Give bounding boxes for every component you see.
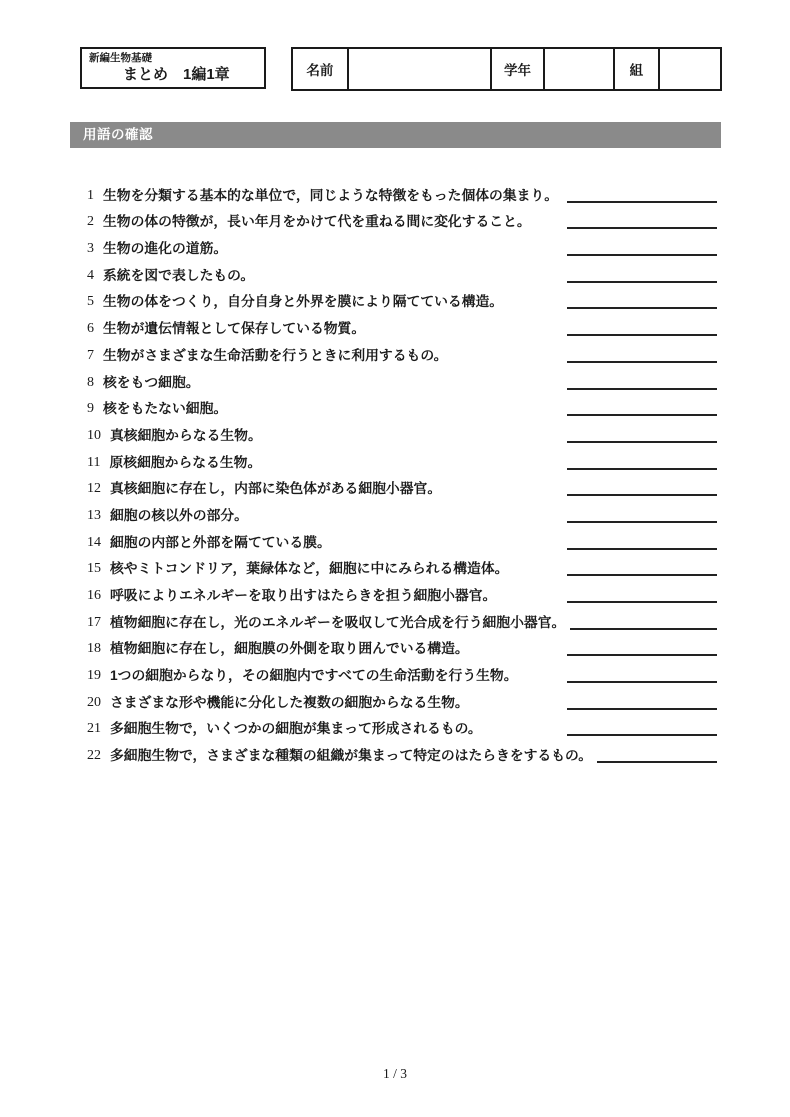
term-number: 20 bbox=[87, 693, 101, 712]
answer-blank-line[interactable] bbox=[567, 281, 717, 283]
term-row: 10 真核細胞からなる生物。 bbox=[87, 418, 717, 445]
term-text: 生物の進化の道筋。 bbox=[103, 239, 227, 258]
page-indicator: 1 / 3 bbox=[0, 1066, 790, 1082]
term-text: さまざまな形や機能に分化した複数の細胞からなる生物。 bbox=[110, 693, 469, 712]
answer-blank-line[interactable] bbox=[567, 494, 717, 496]
term-row: 20 さまざまな形や機能に分化した複数の細胞からなる生物。 bbox=[87, 685, 717, 712]
answer-blank-line[interactable] bbox=[567, 254, 717, 256]
section-banner: 用語の確認 bbox=[70, 122, 721, 148]
term-row: 19 1つの細胞からなり，その細胞内ですべての生命活動を行う生物。 bbox=[87, 658, 717, 685]
term-row: 11 原核細胞からなる生物。 bbox=[87, 445, 717, 472]
term-number: 18 bbox=[87, 639, 101, 658]
term-row: 18 植物細胞に存在し，細胞膜の外側を取り囲んでいる構造。 bbox=[87, 632, 717, 659]
term-number: 21 bbox=[87, 719, 101, 738]
answer-blank-line[interactable] bbox=[570, 628, 717, 630]
worksheet-title: まとめ 1編1章 bbox=[89, 65, 257, 84]
name-table-row: 名前 学年 組 bbox=[292, 48, 721, 90]
term-number: 13 bbox=[87, 506, 101, 525]
term-text: 生物が遺伝情報として保存している物質。 bbox=[103, 319, 365, 338]
term-text: 核をもたない細胞。 bbox=[103, 399, 227, 418]
term-text: 核をもつ細胞。 bbox=[103, 373, 200, 392]
answer-blank-line[interactable] bbox=[597, 761, 717, 763]
term-row: 17 植物細胞に存在し，光のエネルギーを吸収して光合成を行う細胞小器官。 bbox=[87, 605, 717, 632]
class-label: 組 bbox=[614, 48, 660, 90]
term-number: 19 bbox=[87, 666, 101, 685]
term-row: 2 生物の体の特徴が，長い年月をかけて代を重ねる間に変化すること。 bbox=[87, 205, 717, 232]
grade-input-cell[interactable] bbox=[544, 48, 614, 90]
class-input-cell[interactable] bbox=[659, 48, 721, 90]
term-number: 22 bbox=[87, 746, 101, 765]
term-number: 8 bbox=[87, 373, 94, 392]
worksheet-page: 新編生物基礎 まとめ 1編1章 名前 学年 組 用語の確認 1 生物を分類する基… bbox=[0, 0, 790, 1117]
term-text: 真核細胞からなる生物。 bbox=[110, 426, 262, 445]
term-number: 9 bbox=[87, 399, 94, 418]
term-text: 植物細胞に存在し，光のエネルギーを吸収して光合成を行う細胞小器官。 bbox=[110, 613, 565, 632]
term-number: 15 bbox=[87, 559, 101, 578]
term-row: 14 細胞の内部と外部を隔てている膜。 bbox=[87, 525, 717, 552]
term-row: 15 核やミトコンドリア，葉緑体など，細胞に中にみられる構造体。 bbox=[87, 552, 717, 579]
term-text: 1つの細胞からなり，その細胞内ですべての生命活動を行う生物。 bbox=[110, 666, 518, 685]
term-number: 6 bbox=[87, 319, 94, 338]
answer-blank-line[interactable] bbox=[567, 227, 717, 229]
term-number: 11 bbox=[87, 453, 100, 472]
term-number: 5 bbox=[87, 292, 94, 311]
term-number: 2 bbox=[87, 212, 94, 231]
term-text: 系統を図で表したもの。 bbox=[103, 266, 254, 285]
term-row: 8 核をもつ細胞。 bbox=[87, 365, 717, 392]
header-row: 新編生物基礎 まとめ 1編1章 名前 学年 組 bbox=[80, 47, 722, 91]
term-row: 6 生物が遺伝情報として保存している物質。 bbox=[87, 311, 717, 338]
term-text: 原核細胞からなる生物。 bbox=[109, 453, 261, 472]
term-number: 7 bbox=[87, 346, 94, 365]
grade-label: 学年 bbox=[491, 48, 544, 90]
term-number: 17 bbox=[87, 613, 101, 632]
terms-list: 1 生物を分類する基本的な単位で，同じような特徴をもった個体の集まり。 2 生物… bbox=[87, 178, 717, 765]
name-table: 名前 学年 組 bbox=[291, 47, 722, 91]
term-number: 3 bbox=[87, 239, 94, 258]
term-number: 4 bbox=[87, 266, 94, 285]
answer-blank-line[interactable] bbox=[567, 388, 717, 390]
term-text: 生物の体の特徴が，長い年月をかけて代を重ねる間に変化すること。 bbox=[103, 212, 531, 231]
term-text: 生物を分類する基本的な単位で，同じような特徴をもった個体の集まり。 bbox=[103, 186, 558, 205]
answer-blank-line[interactable] bbox=[567, 574, 717, 576]
term-row: 12 真核細胞に存在し，内部に染色体がある細胞小器官。 bbox=[87, 472, 717, 499]
answer-blank-line[interactable] bbox=[567, 601, 717, 603]
term-text: 真核細胞に存在し，内部に染色体がある細胞小器官。 bbox=[110, 479, 441, 498]
term-row: 3 生物の進化の道筋。 bbox=[87, 231, 717, 258]
term-row: 1 生物を分類する基本的な単位で，同じような特徴をもった個体の集まり。 bbox=[87, 178, 717, 205]
term-text: 多細胞生物で，さまざまな種類の組織が集まって特定のはたらきをするもの。 bbox=[110, 746, 592, 765]
answer-blank-line[interactable] bbox=[567, 681, 717, 683]
term-number: 10 bbox=[87, 426, 101, 445]
answer-blank-line[interactable] bbox=[567, 307, 717, 309]
term-row: 7 生物がさまざまな生命活動を行うときに利用するもの。 bbox=[87, 338, 717, 365]
term-number: 12 bbox=[87, 479, 101, 498]
term-row: 16 呼吸によりエネルギーを取り出すはたらきを担う細胞小器官。 bbox=[87, 578, 717, 605]
term-text: 細胞の核以外の部分。 bbox=[110, 506, 248, 525]
answer-blank-line[interactable] bbox=[567, 654, 717, 656]
answer-blank-line[interactable] bbox=[567, 734, 717, 736]
name-input-cell[interactable] bbox=[348, 48, 491, 90]
term-number: 14 bbox=[87, 533, 101, 552]
title-box: 新編生物基礎 まとめ 1編1章 bbox=[80, 47, 266, 89]
term-text: 生物の体をつくり，自分自身と外界を膜により隔てている構造。 bbox=[103, 292, 503, 311]
answer-blank-line[interactable] bbox=[567, 468, 717, 470]
term-row: 4 系統を図で表したもの。 bbox=[87, 258, 717, 285]
answer-blank-line[interactable] bbox=[567, 334, 717, 336]
term-text: 多細胞生物で，いくつかの細胞が集まって形成されるもの。 bbox=[110, 719, 482, 738]
name-label: 名前 bbox=[292, 48, 348, 90]
answer-blank-line[interactable] bbox=[567, 361, 717, 363]
term-row: 22 多細胞生物で，さまざまな種類の組織が集まって特定のはたらきをするもの。 bbox=[87, 738, 717, 765]
answer-blank-line[interactable] bbox=[567, 414, 717, 416]
answer-blank-line[interactable] bbox=[567, 201, 717, 203]
term-row: 5 生物の体をつくり，自分自身と外界を膜により隔てている構造。 bbox=[87, 285, 717, 312]
term-text: 生物がさまざまな生命活動を行うときに利用するもの。 bbox=[103, 346, 447, 365]
answer-blank-line[interactable] bbox=[567, 548, 717, 550]
series-label: 新編生物基礎 bbox=[89, 52, 257, 65]
answer-blank-line[interactable] bbox=[567, 708, 717, 710]
answer-blank-line[interactable] bbox=[567, 441, 717, 443]
term-row: 21 多細胞生物で，いくつかの細胞が集まって形成されるもの。 bbox=[87, 712, 717, 739]
term-row: 13 細胞の核以外の部分。 bbox=[87, 498, 717, 525]
term-number: 1 bbox=[87, 186, 94, 205]
term-text: 核やミトコンドリア，葉緑体など，細胞に中にみられる構造体。 bbox=[110, 559, 508, 578]
term-text: 呼吸によりエネルギーを取り出すはたらきを担う細胞小器官。 bbox=[110, 586, 496, 605]
answer-blank-line[interactable] bbox=[567, 521, 717, 523]
term-text: 植物細胞に存在し，細胞膜の外側を取り囲んでいる構造。 bbox=[110, 639, 469, 658]
term-row: 9 核をもたない細胞。 bbox=[87, 392, 717, 419]
term-number: 16 bbox=[87, 586, 101, 605]
term-text: 細胞の内部と外部を隔てている膜。 bbox=[110, 533, 331, 552]
